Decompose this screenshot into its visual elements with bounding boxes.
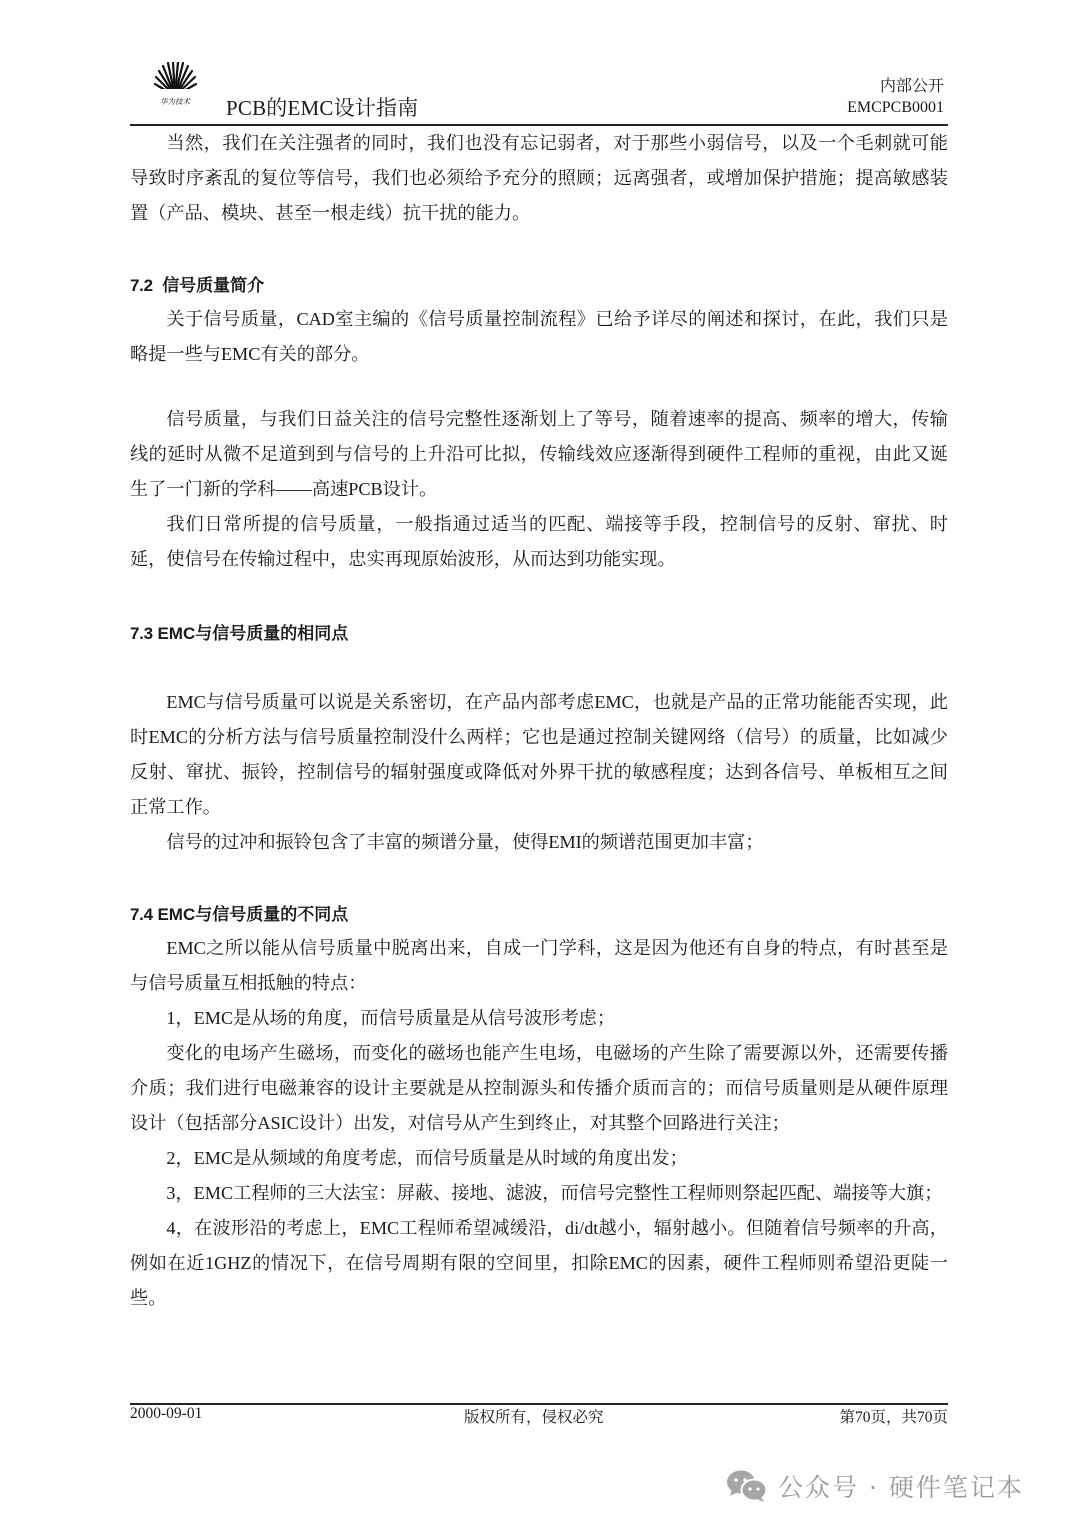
document-body: 当然，我们在关注强者的同时，我们也没有忘记弱者，对于那些小弱信号，以及一个毛刺就… — [130, 124, 948, 1316]
page-header: 华为技术 PCB的EMC设计指南 内部公开 EMCPCB0001 — [130, 58, 950, 124]
paragraph: 信号质量，与我们日益关注的信号完整性逐渐划上了等号，随着速率的提高、频率的增大，… — [130, 402, 948, 507]
list-item: 2，EMC是从频域的角度考虑，而信号质量是从时域的角度出发； — [130, 1141, 948, 1176]
section-heading-7-2: 7.2 信号质量简介 — [130, 273, 948, 299]
paragraph: 信号的过冲和振铃包含了丰富的频谱分量，使得EMI的频谱范围更加丰富； — [130, 825, 948, 860]
list-item: 4，在波形沿的考虑上，EMC工程师希望减缓沿，di/dt越小，辐射越小。但随着信… — [130, 1211, 948, 1316]
page-footer: 2000-09-01 版权所有，侵权必究 第70页，共70页 — [130, 1405, 948, 1427]
paragraph: 我们日常所提的信号质量，一般指通过适当的匹配、端接等手段，控制信号的反射、窜扰、… — [130, 507, 948, 577]
paragraph: EMC之所以能从信号质量中脱离出来，自成一门学科，这是因为他还有自身的特点，有时… — [130, 931, 948, 1001]
paragraph: 变化的电场产生磁场，而变化的磁场也能产生电场，电磁场的产生除了需要源以外，还需要… — [130, 1036, 948, 1141]
wechat-watermark: 公众号 · 硬件笔记本 — [726, 1466, 1024, 1506]
intro-paragraph: 当然，我们在关注强者的同时，我们也没有忘记弱者，对于那些小弱信号，以及一个毛刺就… — [130, 126, 948, 231]
paragraph: 关于信号质量，CAD室主编的《信号质量控制流程》已给予详尽的阐述和探讨，在此，我… — [130, 302, 948, 372]
paragraph: EMC与信号质量可以说是关系密切，在产品内部考虑EMC，也就是产品的正常功能能否… — [130, 685, 948, 825]
section-title: EMC与信号质量的不同点 — [157, 905, 348, 924]
classification-label: 内部公开 — [847, 76, 944, 97]
list-item: 3，EMC工程师的三大法宝：屏蔽、接地、滤波，而信号完整性工程师则祭起匹配、端接… — [130, 1176, 948, 1211]
list-item: 1，EMC是从场的角度，而信号质量是从信号波形考虑； — [130, 1001, 948, 1036]
section-number: 7.3 — [130, 624, 153, 643]
company-logo-icon: 华为技术 — [152, 62, 198, 108]
header-meta: 内部公开 EMCPCB0001 — [847, 76, 944, 118]
footer-copyright: 版权所有，侵权必究 — [464, 1405, 604, 1427]
section-number: 7.4 — [130, 905, 153, 924]
section-title: EMC与信号质量的相同点 — [157, 624, 348, 643]
section-number: 7.2 — [130, 276, 153, 295]
section-heading-7-4: 7.4 EMC与信号质量的不同点 — [130, 902, 948, 928]
svg-text:华为技术: 华为技术 — [160, 97, 191, 106]
watermark-text: 公众号 · 硬件笔记本 — [778, 1468, 1024, 1504]
wechat-icon — [726, 1469, 768, 1503]
document-title: PCB的EMC设计指南 — [226, 92, 418, 122]
section-title: 信号质量简介 — [162, 276, 264, 295]
section-heading-7-3: 7.3 EMC与信号质量的相同点 — [130, 621, 948, 647]
footer-date: 2000-09-01 — [130, 1405, 202, 1423]
document-id: EMCPCB0001 — [847, 97, 944, 118]
footer-page-number: 第70页，共70页 — [839, 1405, 948, 1427]
